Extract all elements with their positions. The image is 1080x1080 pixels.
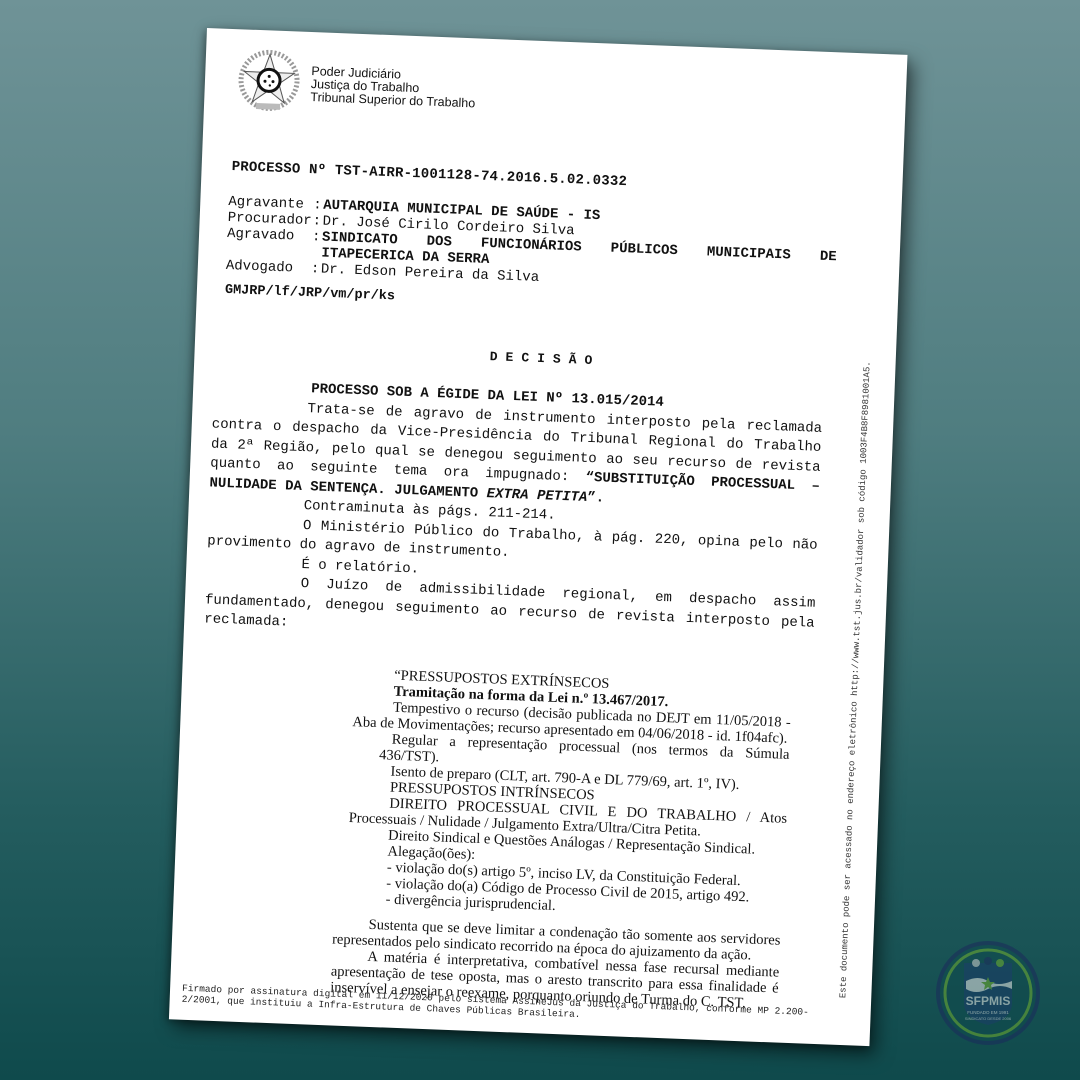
brazil-coat-of-arms-icon bbox=[234, 47, 305, 118]
office-code: GMJRP/lf/JRP/vm/pr/ks bbox=[225, 283, 396, 305]
validation-note: Este documento pode ser acessado no ende… bbox=[838, 219, 878, 999]
svg-text:FUNDADO EM 1991: FUNDADO EM 1991 bbox=[967, 1010, 1009, 1015]
sfpmis-logo-icon: SFPMIS FUNDADO EM 1991 SINDICATO DESDE 2… bbox=[936, 941, 1040, 1045]
party-label: Advogado bbox=[226, 258, 312, 277]
process-number: PROCESSO Nº TST-AIRR-1001128-74.2016.5.0… bbox=[231, 159, 627, 190]
svg-text:SFPMIS: SFPMIS bbox=[966, 994, 1011, 1008]
document-page: Poder Judiciário Justiça do Trabalho Tri… bbox=[169, 28, 908, 1046]
court-header: Poder Judiciário Justiça do Trabalho Tri… bbox=[234, 47, 477, 124]
quoted-decision: “PRESSUPOSTOS EXTRÍNSECOS Tramitação na … bbox=[373, 667, 792, 923]
svg-text:SINDICATO DESDE 2006: SINDICATO DESDE 2006 bbox=[965, 1016, 1012, 1021]
court-name: Poder Judiciário Justiça do Trabalho Tri… bbox=[310, 65, 476, 110]
decision-title: DECISÃO bbox=[195, 338, 896, 380]
parties-block: Agravante : AUTARQUIA MUNICIPAL DE SAÚDE… bbox=[226, 194, 839, 297]
decision-body: PROCESSO SOB A ÉGIDE DA LEI Nº 13.015/20… bbox=[204, 377, 823, 654]
